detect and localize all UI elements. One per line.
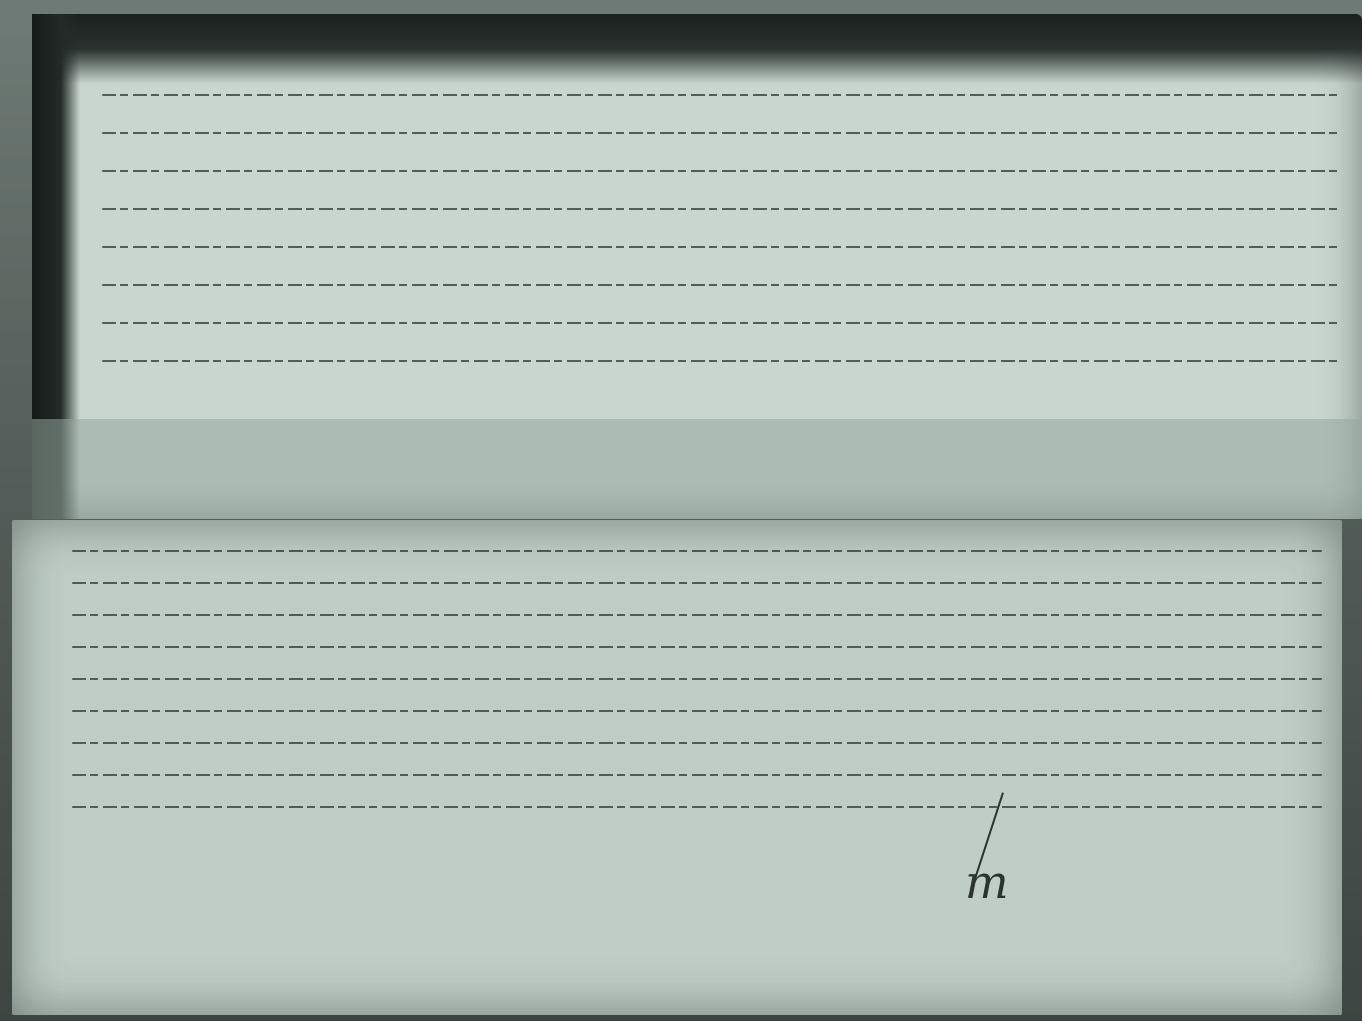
burned-edge-top bbox=[32, 14, 1362, 84]
faded-text-band bbox=[32, 419, 1362, 519]
manuscript-leaf-bottom bbox=[12, 520, 1342, 1015]
handwritten-lines-top bbox=[102, 94, 1342, 398]
handwritten-lines-bottom bbox=[72, 550, 1322, 838]
manuscript-leaf-top bbox=[32, 14, 1362, 519]
signature-mark: m bbox=[965, 855, 1009, 909]
